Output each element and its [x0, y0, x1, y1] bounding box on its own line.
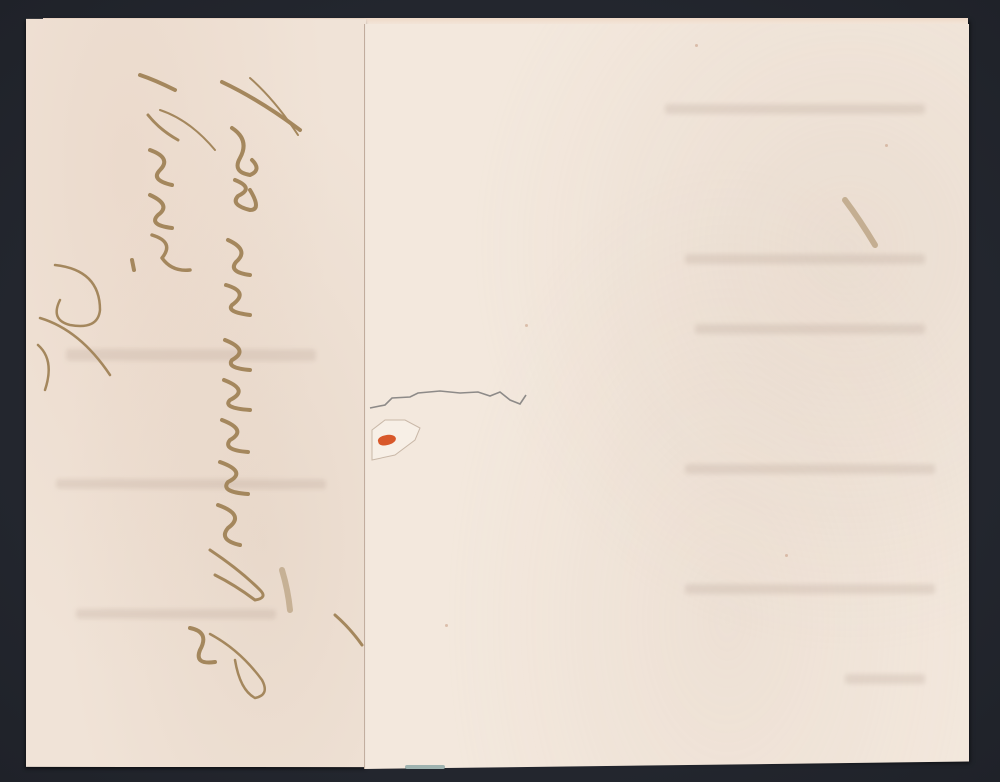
bleed-through-ink — [685, 464, 935, 474]
left-flap — [26, 19, 366, 767]
bleed-through-ink — [66, 349, 316, 361]
bleed-through-ink — [665, 104, 925, 114]
folded-letter: Jean van ouernneul Samu.. Le — [0, 0, 1000, 782]
bleed-through-ink — [685, 584, 935, 594]
bleed-through-ink — [76, 609, 276, 619]
bleed-through-ink — [695, 324, 925, 334]
bleed-through-ink — [56, 479, 326, 489]
underlying-sheet-edge — [405, 765, 445, 769]
right-panel — [364, 24, 969, 769]
fold-line — [364, 24, 366, 769]
bleed-through-ink — [845, 674, 925, 684]
bleed-through-ink — [685, 254, 925, 264]
